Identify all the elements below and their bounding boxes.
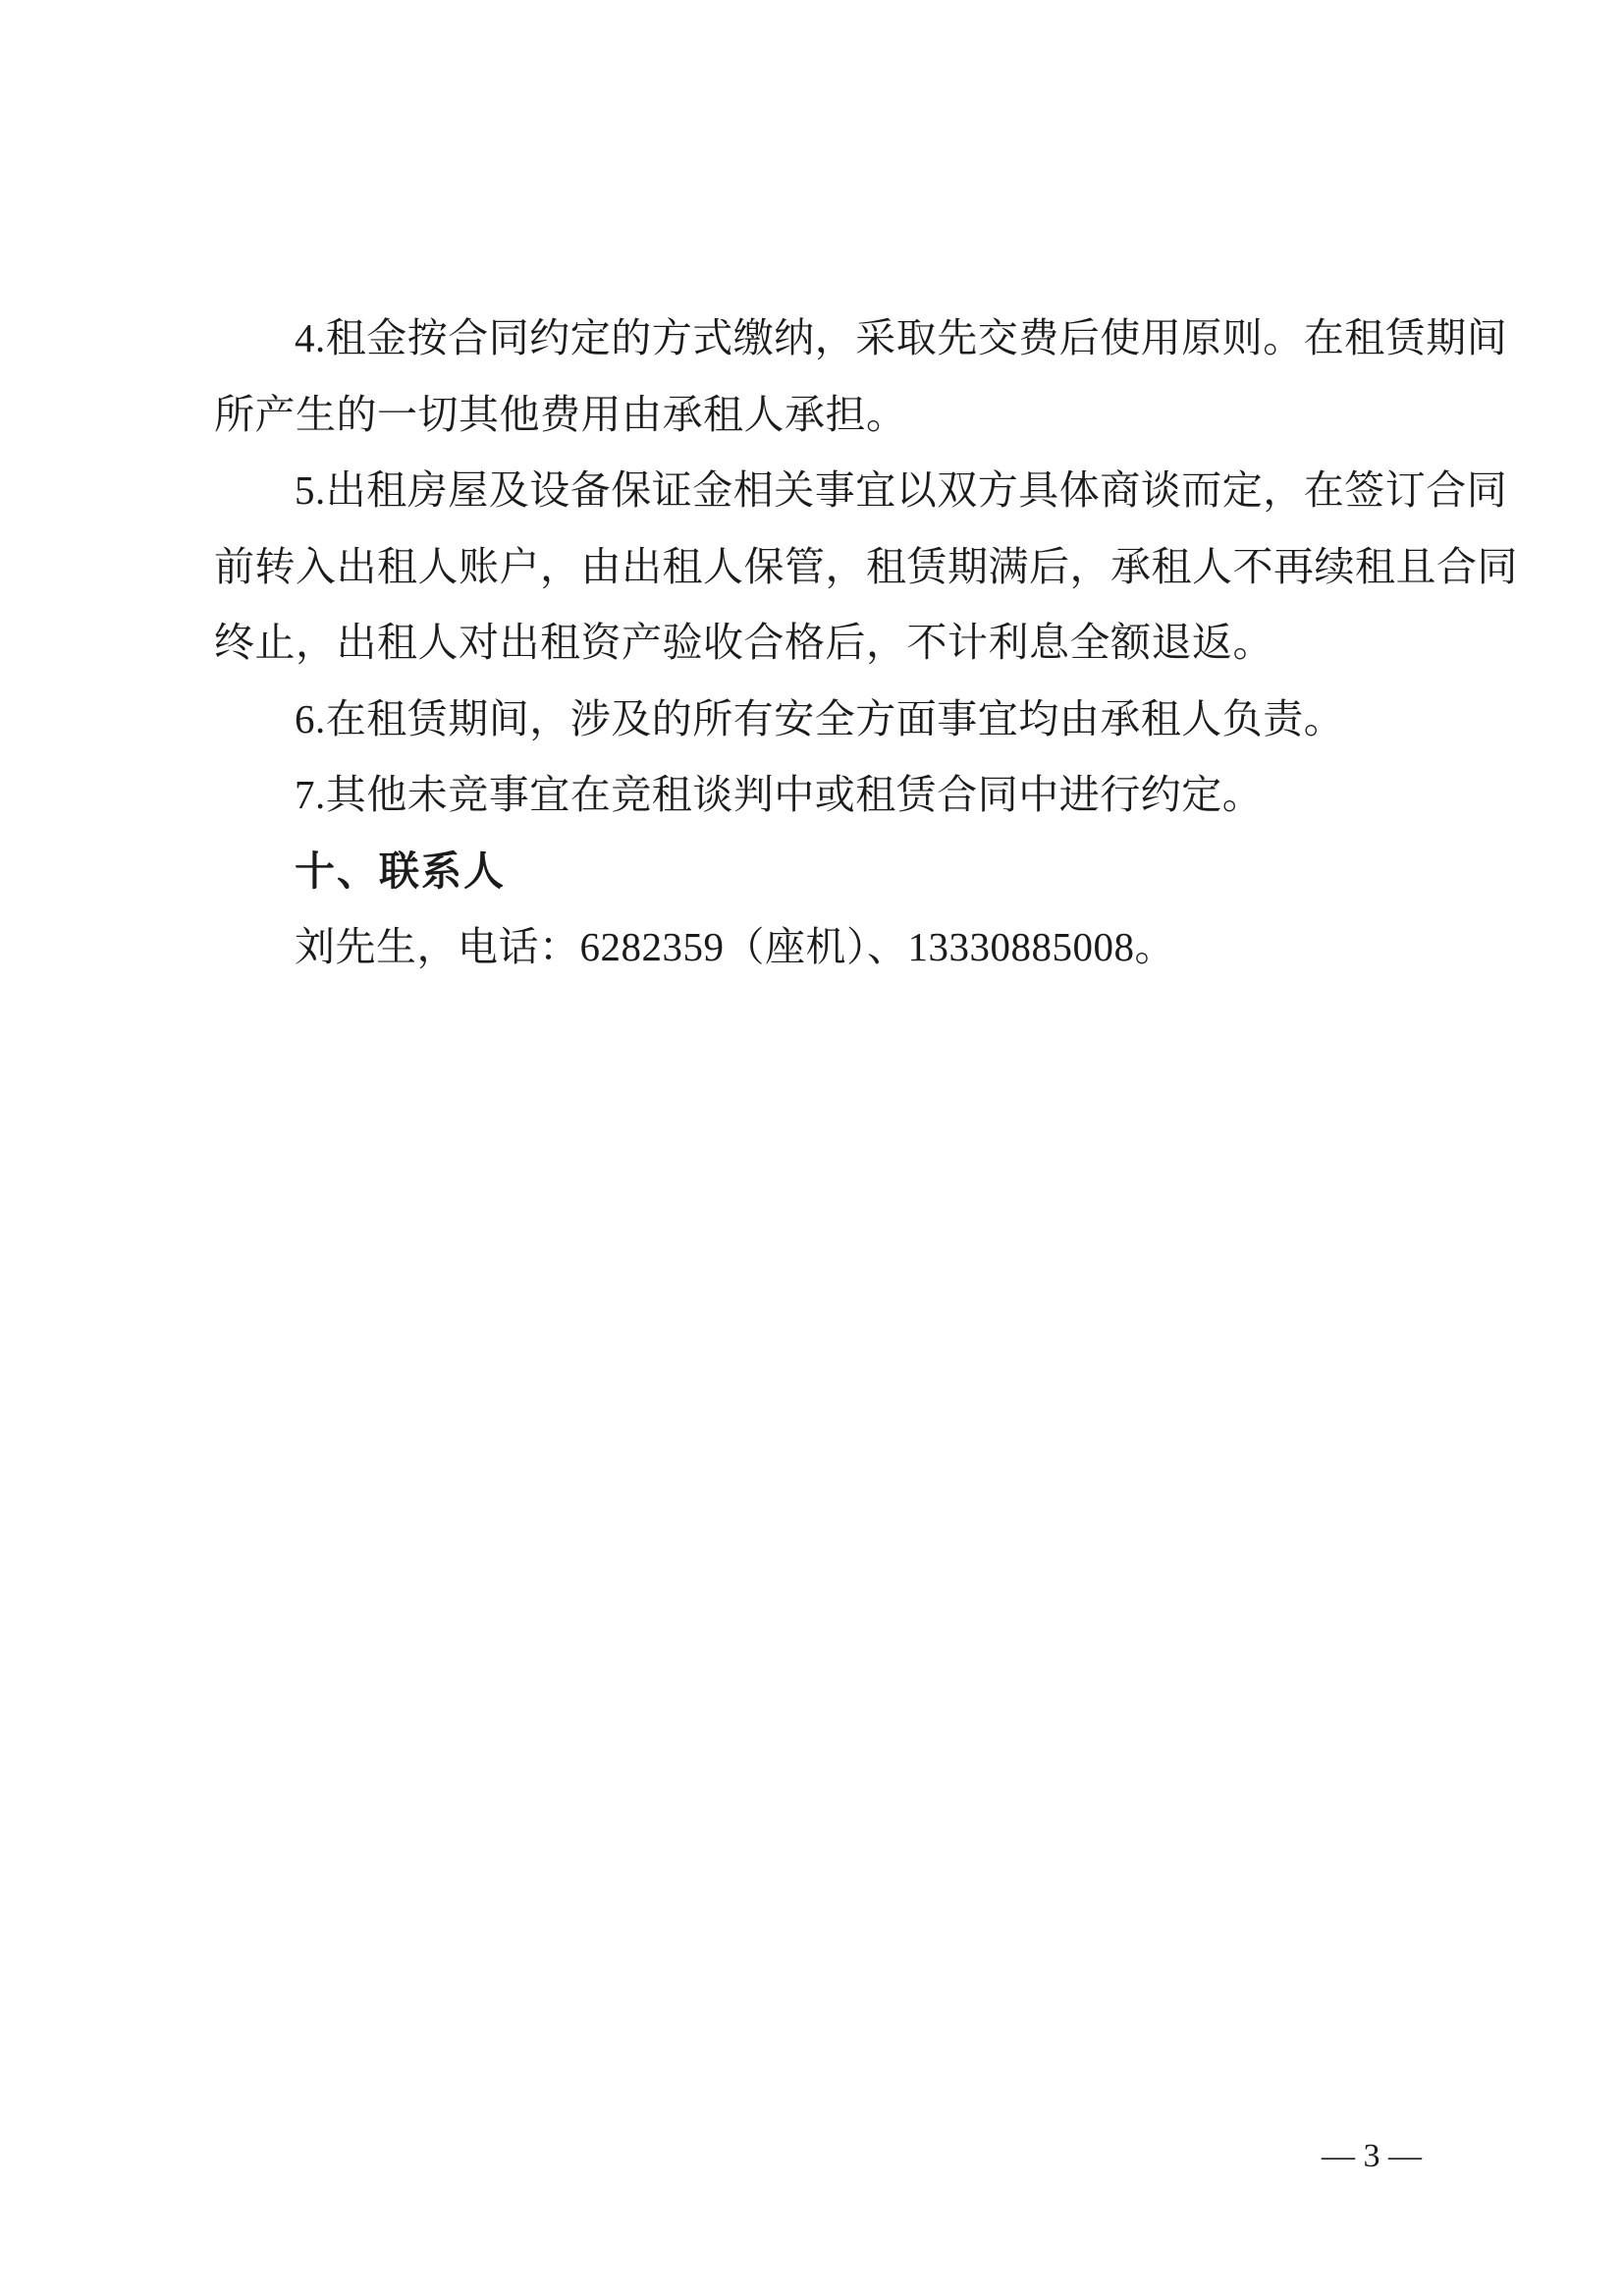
document-body: 4.租金按合同约定的方式缴纳，采取先交费后使用原则。在租赁期间所产生的一切其他费… [214,301,1441,986]
clause-7-line-1: 7.其他未竞事宜在竞租谈判中或租赁合同中进行约定。 [214,757,1441,834]
clause-4-line-1: 4.租金按合同约定的方式缴纳，采取先交费后使用原则。在租赁期间 [214,301,1441,377]
clause-5: 5.出租房屋及设备保证金相关事宜以双方具体商谈而定，在签订合同前转入出租人账户，… [214,453,1441,682]
page-number: — 3 — [1322,2138,1422,2174]
page-footer: — 3 — [1288,2133,1455,2180]
clause-6: 6.在租赁期间，涉及的所有安全方面事宜均由承租人负责。 [214,682,1441,758]
clause-7: 7.其他未竞事宜在竞租谈判中或租赁合同中进行约定。 [214,757,1441,834]
clause-5-line-3: 终止，出租人对出租资产验收合格后，不计利息全额退返。 [214,605,1441,682]
contact-info: 刘先生，电话：6282359（座机）、13330885008。 [214,909,1441,986]
section-heading-contact-line-1: 十、联系人 [214,834,1441,910]
contact-info-line-1: 刘先生，电话：6282359（座机）、13330885008。 [214,909,1441,986]
clause-4-line-2: 所产生的一切其他费用由承租人承担。 [214,377,1441,454]
clause-6-line-1: 6.在租赁期间，涉及的所有安全方面事宜均由承租人负责。 [214,682,1441,758]
section-heading-contact: 十、联系人 [214,834,1441,910]
clause-5-line-1: 5.出租房屋及设备保证金相关事宜以双方具体商谈而定，在签订合同 [214,453,1441,529]
clause-4: 4.租金按合同约定的方式缴纳，采取先交费后使用原则。在租赁期间所产生的一切其他费… [214,301,1441,453]
document-page: 4.租金按合同约定的方式缴纳，采取先交费后使用原则。在租赁期间所产生的一切其他费… [0,0,1623,2296]
clause-5-line-2: 前转入出租人账户，由出租人保管，租赁期满后，承租人不再续租且合同 [214,529,1441,606]
